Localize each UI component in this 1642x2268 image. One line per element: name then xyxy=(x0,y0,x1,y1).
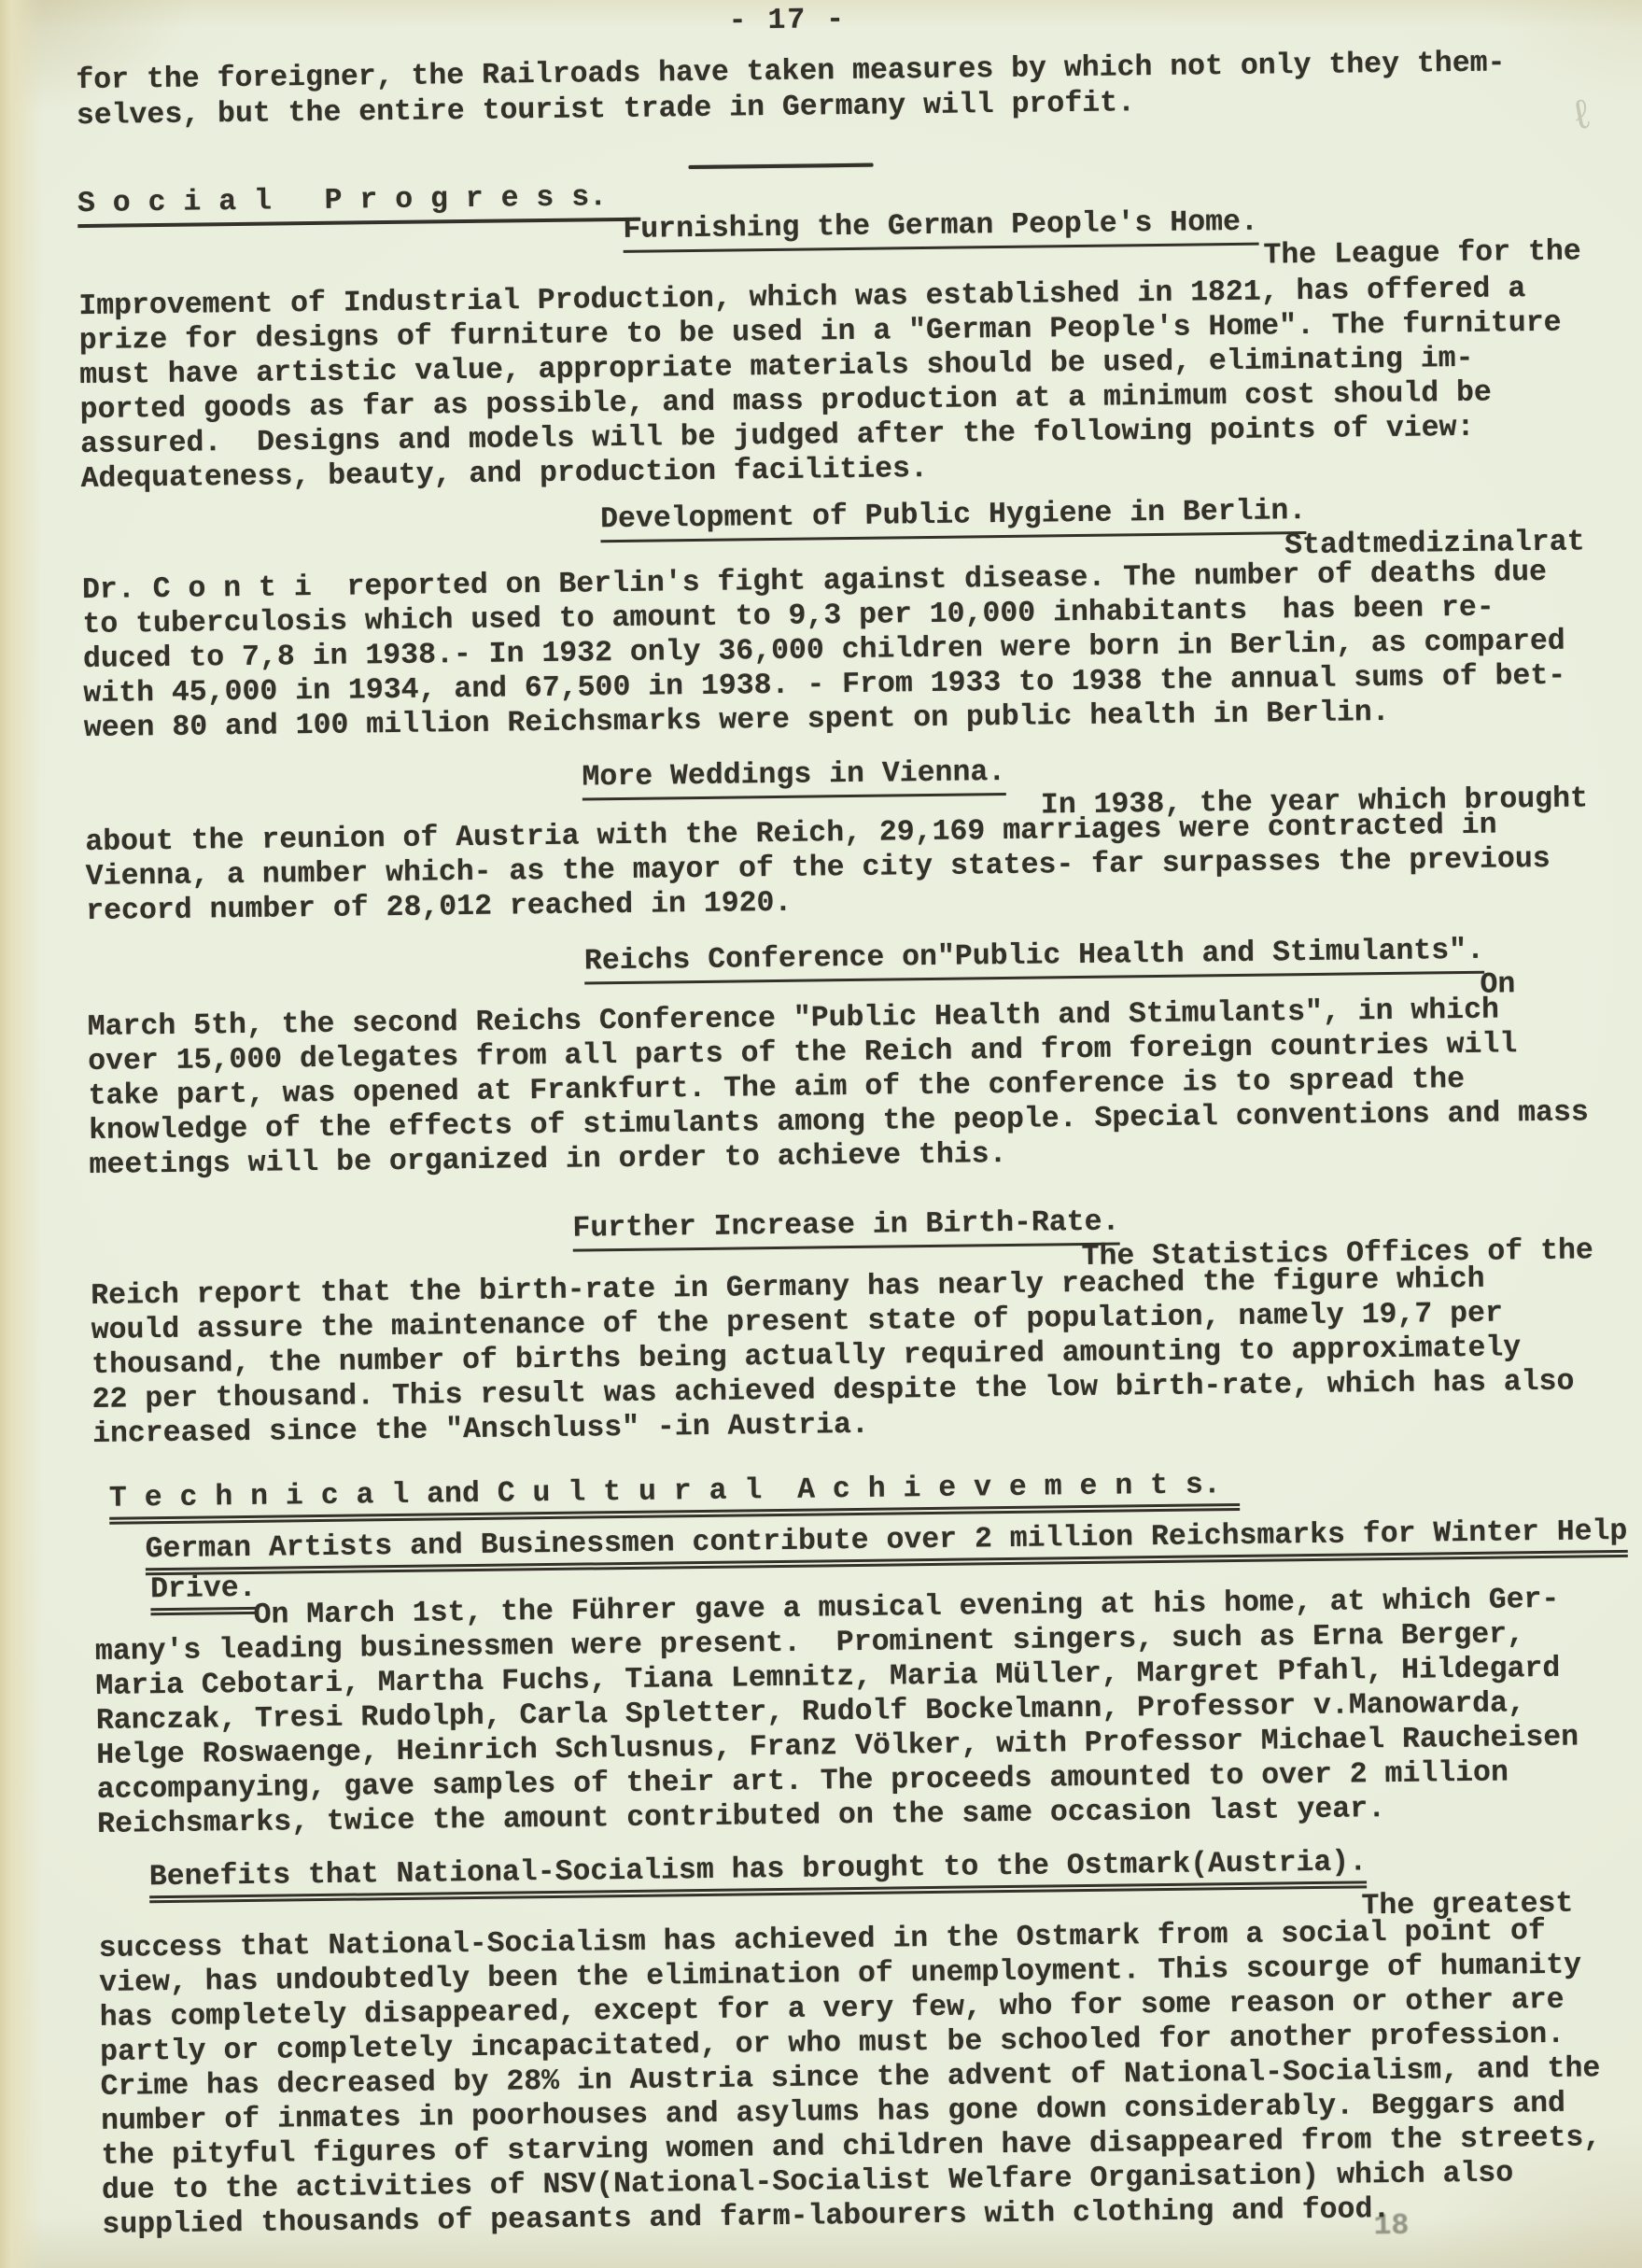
paragraph-furnishing: Improvement of Industrial Production, wh… xyxy=(78,272,1563,497)
section-divider xyxy=(689,163,874,169)
subheading-winter-help-line1: German Artists and Businessmen contribut… xyxy=(145,1514,1627,1575)
pencil-mark: ℓ xyxy=(1567,99,1598,137)
paragraph-birth-rate: Reich report that the birth-rate in Germ… xyxy=(91,1261,1575,1452)
partial-next-page-number: 18 xyxy=(1373,2209,1409,2244)
paragraph-public-hygiene: Dr. C o n t i reported on Berlin's fight… xyxy=(82,556,1566,746)
typewritten-sheet: - 17 - ℓ for the foreigner, the Railroad… xyxy=(75,0,1606,2268)
section-heading-technical-cultural: T e c h n i c a l and C u l t u r a l A … xyxy=(109,1468,1240,1525)
section-heading-social-progress: S o c i a l P r o g r e s s. xyxy=(77,180,641,228)
paragraph-reichs-conference: March 5th, the second Reichs Conference … xyxy=(88,992,1590,1183)
paragraph-ostmark-benefits: success that National-Socialism has achi… xyxy=(99,1913,1603,2243)
intro-paragraph: for the foreigner, the Railroads have ta… xyxy=(76,46,1506,134)
paragraph-weddings-vienna: about the reunion of Austria with the Re… xyxy=(85,808,1551,929)
subheading-winter-help-line1-text: German Artists and Businessmen contribut… xyxy=(145,1514,1627,1575)
scanned-page: { "page": { "number": "- 17 -", "pencil_… xyxy=(0,0,1642,2268)
paragraph-winter-help: On March 1st, the Führer gave a musical … xyxy=(94,1583,1579,1842)
section-heading-technical-cultural-text: T e c h n i c a l and C u l t u r a l A … xyxy=(109,1468,1240,1525)
section-heading-social-progress-text: S o c i a l P r o g r e s s. xyxy=(77,180,641,228)
page-number: - 17 - xyxy=(728,3,846,39)
